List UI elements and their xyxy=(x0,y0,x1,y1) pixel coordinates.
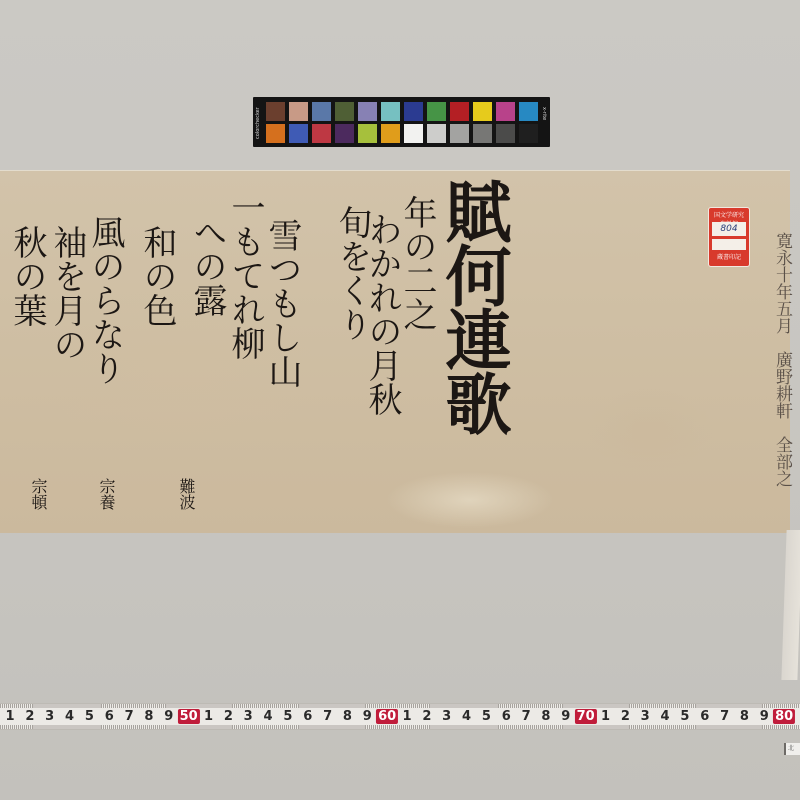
calligraphy-column: 風のらなり xyxy=(88,215,122,385)
ruler-number: 7 xyxy=(522,709,531,724)
ruler-number: 8 xyxy=(343,709,352,724)
ruler-number: 2 xyxy=(224,709,233,724)
color-patch xyxy=(404,124,423,143)
color-patch xyxy=(381,102,400,121)
ruler-number: 4 xyxy=(65,709,74,724)
ruler-number: 6 xyxy=(303,709,312,724)
ruler-number: 4 xyxy=(462,709,471,724)
ruler-number: 6 xyxy=(502,709,511,724)
ruler-number: 3 xyxy=(244,709,253,724)
color-patch xyxy=(450,102,469,121)
ruler-number: 4 xyxy=(661,709,670,724)
ruler-number: 4 xyxy=(264,709,273,724)
manuscript-title: 賦何連歌 xyxy=(440,178,506,434)
color-patch xyxy=(427,124,446,143)
calligraphy-column: 和の色 xyxy=(140,225,174,327)
color-patch xyxy=(358,102,377,121)
library-label: 国文学研究資料館 804 蔵書印記 xyxy=(708,207,750,267)
ruler-number: 3 xyxy=(641,709,650,724)
ruler-number: 5 xyxy=(85,709,94,724)
ruler-number: 7 xyxy=(323,709,332,724)
ruler-number: 1 xyxy=(601,709,610,724)
calligraphy-column: 一もてれ柳 xyxy=(228,190,262,360)
x-rite-logo: x-rite xyxy=(539,107,547,137)
ruler-number: 9 xyxy=(561,709,570,724)
label-header: 国文学研究資料館 xyxy=(712,211,746,220)
ruler-number: 1 xyxy=(204,709,213,724)
ruler-number: 2 xyxy=(422,709,431,724)
ruler-number: 5 xyxy=(482,709,491,724)
label-blank-field xyxy=(712,239,746,250)
colophon: 寛永十年五月 廣野耕軒 全部之 xyxy=(773,232,790,487)
color-patch xyxy=(312,102,331,121)
measuring-tape: 1234567895012345678960123456789701234567… xyxy=(0,703,800,730)
color-patch xyxy=(266,124,285,143)
ruler-number: 2 xyxy=(25,709,34,724)
calligraphy-column: 雪つもし山 xyxy=(265,218,299,388)
ruler-number: 6 xyxy=(105,709,114,724)
ruler-number: 1 xyxy=(5,709,14,724)
ruler-number: 3 xyxy=(442,709,451,724)
ruler-number: 9 xyxy=(760,709,769,724)
calligraphy-column: 旬をくり xyxy=(335,205,369,341)
ruler-number: 9 xyxy=(363,709,372,724)
color-patch xyxy=(335,124,354,143)
poet-name-annotation: 難波 xyxy=(178,478,194,510)
poet-name-annotation: 宗頓 xyxy=(30,478,46,510)
ruler-number: 5 xyxy=(283,709,292,724)
ruler-number: 60 xyxy=(376,709,398,724)
color-patch xyxy=(335,102,354,121)
calligraphy-column: 秋の葉 xyxy=(10,225,44,327)
color-patch xyxy=(381,124,400,143)
ruler-number: 7 xyxy=(125,709,134,724)
calligraphy-column: への露 xyxy=(190,215,224,317)
ruler-number: 8 xyxy=(144,709,153,724)
color-patch xyxy=(496,102,515,121)
ruler-number: 5 xyxy=(680,709,689,724)
ruler-number: 8 xyxy=(740,709,749,724)
poet-name-annotation: 宗養 xyxy=(98,478,114,510)
ruler-number: 1 xyxy=(402,709,411,724)
ruler-number: 6 xyxy=(700,709,709,724)
color-checker-card: colorchecker x-rite xyxy=(253,97,550,147)
color-patch xyxy=(289,102,308,121)
color-checker-brand: colorchecker xyxy=(255,103,265,143)
ruler-number: 80 xyxy=(773,709,795,724)
ruler-number: 2 xyxy=(621,709,630,724)
color-patch xyxy=(496,124,515,143)
label-footer: 蔵書印記 xyxy=(712,253,746,262)
corner-tag: 北 xyxy=(784,743,800,755)
color-patch xyxy=(266,102,285,121)
ruler-number: 9 xyxy=(164,709,173,724)
ruler-number: 8 xyxy=(541,709,550,724)
ruler-number: 50 xyxy=(178,709,200,724)
color-patch xyxy=(427,102,446,121)
color-patch xyxy=(289,124,308,143)
label-number: 804 xyxy=(712,222,746,236)
color-patch xyxy=(473,124,492,143)
color-patch xyxy=(450,124,469,143)
color-checker-row-1 xyxy=(266,102,538,121)
ruler-number: 3 xyxy=(45,709,54,724)
ruler-number: 70 xyxy=(575,709,597,724)
color-patch xyxy=(358,124,377,143)
color-patch xyxy=(519,102,538,121)
color-checker-row-2 xyxy=(266,124,538,143)
calligraphy-column: 年の二之 xyxy=(400,195,434,331)
calligraphy-column: 袖を月の xyxy=(50,225,84,361)
ruler-number: 7 xyxy=(720,709,729,724)
color-patch xyxy=(404,102,423,121)
color-patch xyxy=(473,102,492,121)
color-patch xyxy=(312,124,331,143)
color-patch xyxy=(519,124,538,143)
